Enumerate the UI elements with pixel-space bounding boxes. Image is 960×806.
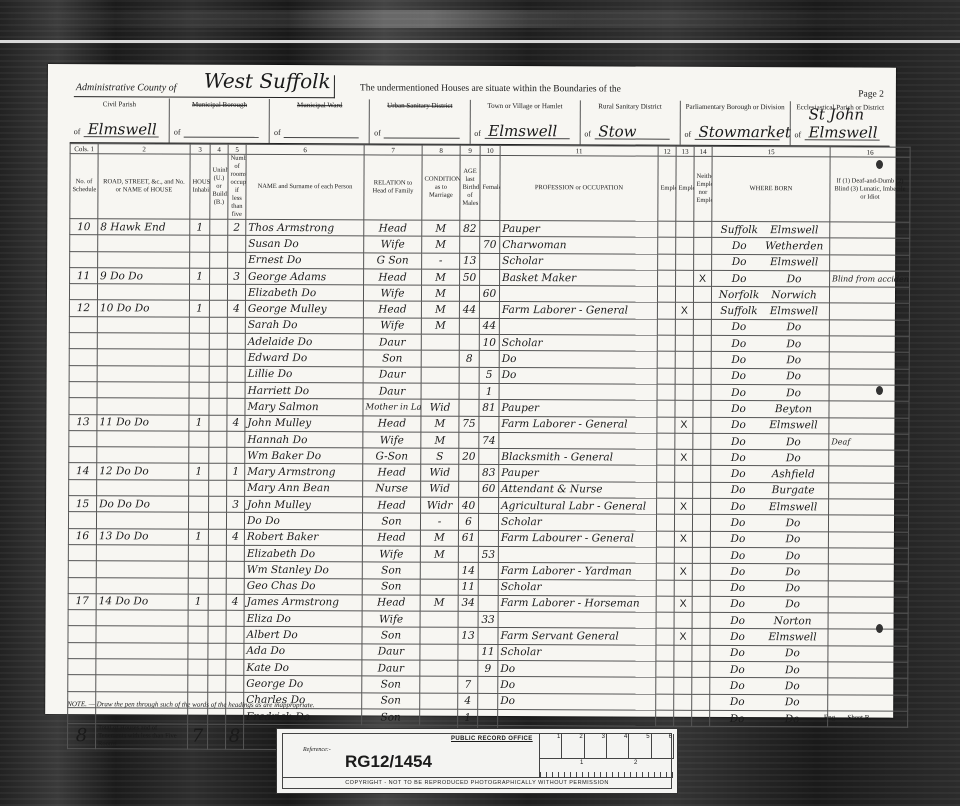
cell-employed [674, 515, 692, 531]
born-place: Do [763, 516, 823, 530]
column-number: 2 [98, 144, 190, 154]
born-county: Do [713, 581, 763, 595]
cell-occupation [499, 383, 657, 400]
column-number: 13 [676, 146, 694, 156]
cell-condition [420, 660, 458, 676]
cell-employed: X [674, 563, 692, 579]
born-place: Do [762, 679, 822, 693]
houses-total-label: Total of Houses and of Tenements with le… [96, 724, 188, 749]
cell-relation: Wife [363, 285, 421, 302]
cell-employer [656, 661, 674, 677]
cell-schedule: 13 [69, 414, 97, 430]
cell-where-born: SuffolkElmswell [712, 221, 830, 238]
column-number: 9 [460, 145, 480, 155]
cell-employed [675, 384, 693, 400]
cell-where-born: DoDo [710, 694, 828, 711]
cell-age-m: 6 [458, 514, 478, 530]
cell-neither [693, 352, 711, 368]
born-county: Do [712, 679, 762, 693]
cell-employed [675, 352, 693, 368]
born-county: Do [713, 434, 763, 448]
cell-employer [657, 417, 675, 433]
cell-rooms [228, 252, 246, 268]
cell-schedule: 15 [69, 496, 97, 512]
cell-rooms [226, 513, 244, 529]
cell-neither [693, 401, 711, 417]
cell-employer [657, 286, 675, 302]
cell-name: Adelaide Do [245, 333, 363, 350]
cell-neither [693, 287, 711, 303]
cell-infirmity [828, 613, 908, 630]
total-rooms: 8 [226, 724, 244, 749]
cell-rooms [226, 627, 244, 643]
cell-where-born: DoDo [711, 335, 829, 352]
cell-employed: X [675, 449, 693, 465]
ruler-tick-label: 4 [607, 734, 629, 758]
ruler-bottom: 12 [540, 758, 674, 778]
cell-age-f: 60 [479, 481, 499, 497]
cell-name: George Adams [246, 268, 364, 285]
cell-occupation [499, 286, 657, 303]
cell-inhabited [189, 349, 209, 365]
cell-occupation: Farm Laborer - Horseman [498, 595, 656, 612]
column-header: No. of Schedule [70, 154, 98, 219]
district-label: Civil Parish [70, 100, 169, 108]
cell-age-m: 7 [458, 677, 478, 693]
district-rule [384, 137, 459, 138]
cell-where-born: DoDo [710, 531, 828, 548]
born-county: Do [712, 646, 762, 660]
cell-uninhabited [210, 219, 228, 235]
cell-rooms [226, 643, 244, 659]
cell-occupation: Do [498, 693, 656, 710]
cell-infirmity [829, 320, 909, 337]
cell-age-f: 70 [480, 237, 500, 253]
cell-neither [692, 710, 710, 726]
cell-address [97, 284, 189, 301]
born-county: Do [714, 353, 764, 367]
cell-employed [674, 710, 692, 726]
cell-occupation: Farm Laborer - General [499, 302, 657, 319]
cell-infirmity: Deaf [829, 434, 909, 451]
born-place: Norton [763, 614, 823, 628]
cell-employed [676, 221, 694, 237]
cell-relation: Head [363, 464, 421, 481]
cell-where-born: DoDo [710, 678, 828, 695]
cell-schedule [69, 430, 97, 446]
cell-schedule [69, 316, 97, 332]
cell-where-born: DoElmswell [711, 498, 829, 515]
sheet-label: Eng. — Sheet B. [824, 713, 871, 721]
cell-name: Edward Do [245, 350, 363, 367]
district-header-row: Civil ParishofElmswellMunicipal Borougho… [70, 98, 890, 147]
cell-infirmity [828, 662, 908, 679]
cell-inhabited [188, 561, 208, 577]
cell-condition [420, 644, 458, 660]
district-1: Municipal Boroughof [170, 99, 270, 143]
cell-where-born: DoDo [711, 352, 829, 369]
cell-relation: Head [364, 269, 422, 286]
cell-occupation: Farm Servant General [498, 628, 656, 645]
cell-occupation: Do [499, 351, 657, 368]
born-place: Do [763, 581, 823, 595]
column-number: 12 [658, 146, 676, 156]
cell-name: Ada Do [244, 643, 362, 660]
cell-employed [675, 335, 693, 351]
cell-age-f [478, 628, 498, 644]
cell-employed [674, 678, 692, 694]
cell-rooms [226, 562, 244, 578]
cell-relation: Head [364, 220, 422, 237]
stamp-frame: PUBLIC RECORD OFFICE Reference:- RG12/14… [282, 733, 672, 789]
born-place: Elmswell [763, 418, 823, 432]
cell-relation: Head [362, 595, 420, 612]
cell-relation: G-Son [363, 448, 421, 465]
ruler-tick-label: 1 [580, 760, 583, 766]
cell-relation: Son [363, 350, 421, 367]
cell-name: James Armstrong [244, 594, 362, 611]
cell-occupation [499, 432, 657, 449]
cell-employer [657, 335, 675, 351]
cell-infirmity [828, 695, 908, 712]
cell-where-born: SuffolkElmswell [711, 303, 829, 320]
born-county: Do [712, 630, 762, 644]
cell-name: Sarah Do [245, 317, 363, 334]
cell-rooms [226, 676, 244, 692]
cell-name: Elizabeth Do [244, 545, 362, 562]
cell-address: Do Do Do [97, 496, 189, 513]
cell-age-m [459, 367, 479, 383]
cell-employer [656, 531, 674, 547]
cell-schedule [68, 545, 96, 561]
cell-neither [693, 368, 711, 384]
cell-infirmity: Blind from accident [830, 271, 910, 288]
scale-ruler: 123456 12 [539, 734, 674, 778]
cell-where-born: DoElmswell [710, 629, 828, 646]
cell-address [96, 708, 188, 725]
admin-county-value: West Suffolk [204, 69, 331, 94]
cell-occupation: Farm Labourer - General [498, 530, 656, 547]
cell-age-f: 33 [478, 612, 498, 628]
cell-condition: Wid [421, 465, 459, 481]
column-number: 11 [500, 145, 658, 156]
cell-age-f: 5 [479, 367, 499, 383]
cell-age-f [478, 514, 498, 530]
cell-infirmity [830, 238, 910, 255]
district-4: Town or Village or HamletofElmswell [470, 100, 580, 144]
cell-schedule [68, 577, 96, 593]
cell-age-f [479, 302, 499, 318]
cell-neither [692, 694, 710, 710]
cell-address [97, 333, 189, 350]
cell-neither [692, 547, 710, 563]
cell-where-born: DoDo [712, 270, 830, 287]
cell-age-m: 14 [458, 563, 478, 579]
cell-age-m: 34 [458, 595, 478, 611]
born-county: Do [712, 663, 762, 677]
cell-condition: - [420, 513, 458, 529]
cell-infirmity [829, 336, 909, 353]
district-7: Ecclesiastical Parish or DistrictofSt Jo… [790, 101, 889, 145]
ruler-tick-label: 5 [629, 734, 651, 758]
cell-where-born: DoDo [710, 710, 828, 727]
cell-neither [692, 645, 710, 661]
cell-condition [421, 383, 459, 399]
cell-rooms [228, 236, 246, 252]
cell-name: Mary Armstrong [245, 464, 363, 481]
cell-neither [692, 629, 710, 645]
census-sheet: Administrative County of West Suffolk Th… [67, 72, 890, 753]
column-header: CONDITION as to Marriage [422, 155, 460, 220]
cell-employer [657, 303, 675, 319]
cell-age-f: 83 [479, 465, 499, 481]
header-top: Administrative County of West Suffolk Th… [70, 72, 890, 102]
cell-relation: Daur [362, 644, 420, 661]
cell-age-f [479, 449, 499, 465]
cell-address [97, 431, 189, 448]
cell-address [96, 545, 188, 562]
district-of: of [174, 128, 181, 137]
cell-name: Mary Salmon [245, 399, 363, 416]
cell-where-born: DoDo [710, 515, 828, 532]
cell-schedule: 16 [68, 528, 96, 544]
cell-uninhabited [208, 676, 226, 692]
cell-rooms [226, 708, 244, 724]
cell-condition: M [421, 302, 459, 318]
cell-employed: X [674, 531, 692, 547]
cell-uninhabited [209, 431, 227, 447]
cell-rooms: 4 [226, 594, 244, 610]
born-county: Do [713, 451, 763, 465]
cell-name: Wm Stanley Do [244, 562, 362, 579]
cell-inhabited [188, 545, 208, 561]
cell-condition [420, 579, 458, 595]
born-county: Do [713, 548, 763, 562]
ruler-tick-label: 2 [562, 734, 584, 758]
cell-infirmity [828, 532, 908, 549]
cell-age-m: 75 [459, 416, 479, 432]
cell-inhabited [188, 578, 208, 594]
cell-occupation [499, 318, 657, 335]
cell-employed [676, 238, 694, 254]
cell-neither [692, 580, 710, 596]
district-rule [284, 137, 359, 138]
cell-employer [657, 319, 675, 335]
cell-uninhabited [208, 594, 226, 610]
cell-employed [674, 694, 692, 710]
total-inhabited: 7 [188, 724, 208, 749]
cell-employer [656, 612, 674, 628]
cell-inhabited [189, 447, 209, 463]
cell-neither [692, 661, 710, 677]
cell-address [96, 675, 188, 692]
born-place: Do [764, 321, 824, 335]
cell-address [96, 626, 188, 643]
cell-age-m: 61 [458, 530, 478, 546]
column-number: 8 [422, 145, 460, 155]
born-county: Do [713, 614, 763, 628]
cell-age-f [478, 579, 498, 595]
cell-uninhabited [208, 627, 226, 643]
cell-name: Ernest Do [246, 252, 364, 269]
cell-rooms: 1 [227, 464, 245, 480]
cell-age-m [459, 318, 479, 334]
cell-address: 10 Do Do [97, 300, 189, 317]
punch-hole [876, 386, 883, 395]
born-county: Do [713, 516, 763, 530]
cell-age-f: 81 [479, 400, 499, 416]
cell-infirmity [830, 222, 910, 239]
cell-age-f [478, 595, 498, 611]
column-header: Females [480, 155, 500, 220]
cell-schedule [68, 642, 96, 658]
cell-rooms: 3 [227, 496, 245, 512]
born-place: Do [763, 565, 823, 579]
cell-age-m [459, 400, 479, 416]
cell-neither [692, 596, 710, 612]
born-county: Do [714, 320, 764, 334]
cell-uninhabited [210, 252, 228, 268]
cell-uninhabited [208, 578, 226, 594]
born-county: Do [714, 271, 764, 285]
cell-where-born: DoWetherden [712, 238, 830, 255]
cell-address [97, 479, 189, 496]
district-2: Municipal Wardof [270, 99, 370, 143]
cell-employer [657, 384, 675, 400]
cell-relation: Head [362, 530, 420, 547]
cell-inhabited [189, 366, 209, 382]
cell-uninhabited [209, 350, 227, 366]
column-header: AGE last Birthday of Males [460, 155, 480, 220]
cell-age-m [459, 465, 479, 481]
cell-relation: Wife [364, 236, 422, 253]
cell-relation: Head [363, 497, 421, 514]
cell-condition: Widr [421, 497, 459, 513]
cell-uninhabited [208, 659, 226, 675]
born-county: Do [713, 565, 763, 579]
district-value: Elmswell [88, 120, 157, 138]
cell-age-m [459, 383, 479, 399]
cell-inhabited: 1 [189, 464, 209, 480]
cell-occupation: Blacksmith - General [499, 449, 657, 466]
cell-address: 9 Do Do [98, 268, 190, 285]
cell-uninhabited [209, 415, 227, 431]
admin-county: Administrative County of West Suffolk [74, 74, 335, 98]
cell-condition: M [421, 432, 459, 448]
cell-where-born: DoDo [710, 580, 828, 597]
born-place: Wetherden [764, 239, 824, 253]
born-county: Do [713, 532, 763, 546]
column-header: NAME and Surname of each Person [246, 154, 364, 220]
cell-employed [675, 286, 693, 302]
cell-occupation: Scholar [498, 514, 656, 531]
born-county: Do [712, 711, 762, 725]
cell-uninhabited [209, 317, 227, 333]
cell-neither [694, 238, 712, 254]
cell-neither [692, 531, 710, 547]
cell-employer [657, 449, 675, 465]
cell-rooms: 3 [228, 268, 246, 284]
cell-occupation: Scholar [500, 253, 658, 270]
born-county: Do [714, 255, 764, 269]
born-place: Do [763, 598, 823, 612]
district-rule [184, 137, 259, 138]
cell-occupation: Farm Laborer - General [499, 416, 657, 433]
born-place: Elmswell [763, 500, 823, 514]
district-value: Stow [598, 122, 636, 140]
cell-age-m: 11 [458, 579, 478, 595]
born-place: Do [762, 646, 822, 660]
cell-employer [657, 368, 675, 384]
cell-uninhabited [208, 610, 226, 626]
cell-relation: Son [362, 562, 420, 579]
cell-rooms [226, 610, 244, 626]
cell-condition [421, 351, 459, 367]
cell-name: Geo Chas Do [244, 578, 362, 595]
cell-employed: X [674, 629, 692, 645]
cell-name: Robert Baker [244, 529, 362, 546]
cell-schedule: 14 [69, 463, 97, 479]
cell-name: John Mulley [245, 415, 363, 432]
cell-occupation: Farm Laborer - Yardman [498, 563, 656, 580]
census-page: Administrative County of West Suffolk Th… [45, 64, 896, 718]
district-0: Civil ParishofElmswell [70, 98, 170, 142]
column-header: If (1) Deaf-and-Dumb (2) Blind (3) Lunat… [830, 157, 910, 222]
cell-employed [675, 401, 693, 417]
cell-condition [421, 334, 459, 350]
cell-where-born: DoDo [711, 368, 829, 385]
cell-uninhabited [209, 496, 227, 512]
cell-condition: M [421, 318, 459, 334]
cell-infirmity [829, 369, 909, 386]
born-place: Do [763, 532, 823, 546]
cell-neither [693, 449, 711, 465]
cell-name: George Do [244, 676, 362, 693]
cell-address [97, 398, 189, 415]
cell-condition: S [421, 448, 459, 464]
cell-employer [656, 563, 674, 579]
cell-age-f: 9 [478, 660, 498, 676]
cell-relation: Mother in Law [363, 399, 421, 416]
cell-rooms [226, 578, 244, 594]
cell-occupation: Do [498, 660, 656, 677]
cell-address [96, 561, 188, 578]
cell-neither [693, 498, 711, 514]
cell-address: 14 Do Do [96, 594, 188, 611]
cell-employed: X [675, 303, 693, 319]
cell-rooms [227, 480, 245, 496]
office-name: PUBLIC RECORD OFFICE [451, 736, 533, 742]
district-of: of [795, 130, 802, 139]
born-place: Do [763, 435, 823, 449]
cell-occupation [498, 546, 656, 563]
cell-employed [676, 270, 694, 286]
district-label: Town or Village or Hamlet [470, 102, 579, 110]
district-of: of [374, 128, 381, 137]
born-place: Elmswell [762, 630, 822, 644]
cell-address [98, 235, 190, 252]
column-number: 15 [712, 146, 830, 157]
cell-uninhabited [209, 382, 227, 398]
cell-relation: Son [362, 692, 420, 709]
cell-age-f: 44 [479, 318, 499, 334]
cell-condition [421, 367, 459, 383]
cell-inhabited: 1 [189, 301, 209, 317]
cell-name: John Mulley [245, 496, 363, 513]
cell-condition: - [422, 253, 460, 269]
cell-where-born: DoDo [711, 319, 829, 336]
cell-age-f [478, 530, 498, 546]
